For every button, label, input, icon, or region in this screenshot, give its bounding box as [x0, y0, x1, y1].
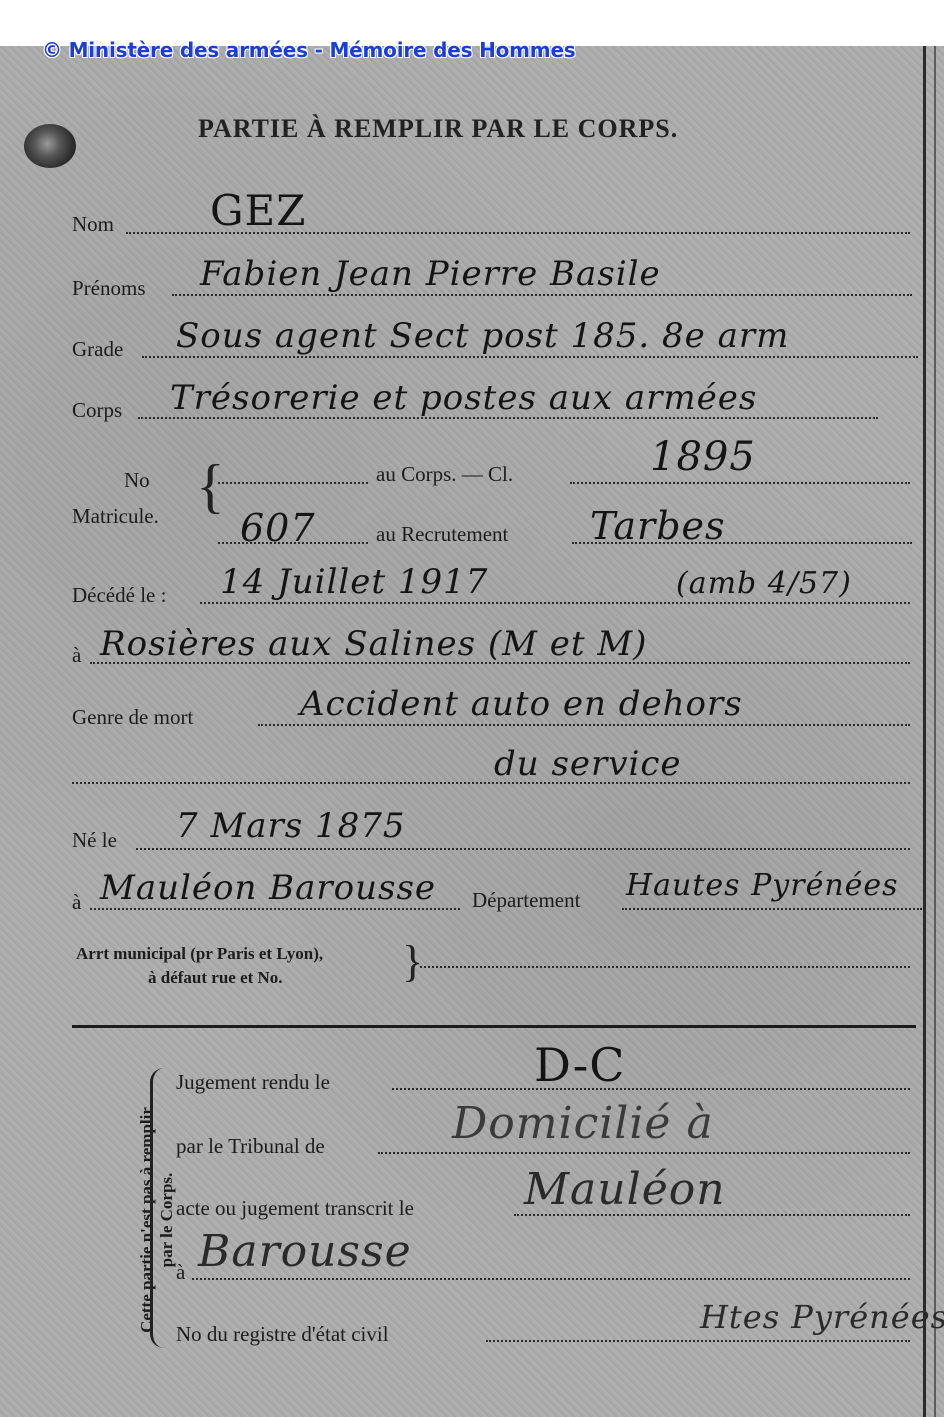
ne-le-value: 7 Mars 1875: [176, 806, 406, 846]
matricule-corps-dots: [218, 482, 368, 484]
prenoms-dots: [172, 294, 912, 296]
genre-de-mort-dots-line2: [72, 782, 910, 784]
decede-le-value: 14 Juillet 1917: [220, 562, 488, 602]
card-edge: [934, 46, 936, 1417]
grade-value: Sous agent Sect post 185. 8e arm: [176, 316, 789, 356]
lower-a-label: à: [176, 1260, 185, 1285]
corps-value: Trésorerie et postes aux armées: [170, 378, 757, 418]
decede-le-label: Décédé le :: [72, 583, 166, 608]
decede-a-label: à: [72, 643, 81, 668]
au-corps-label: au Corps. — Cl.: [376, 462, 513, 487]
tribunal-dots: [378, 1152, 910, 1154]
corps-label: Corps: [72, 398, 122, 423]
arrondissement-label-line1: Arrt municipal (pr Paris et Lyon),: [76, 944, 323, 964]
ne-le-dots: [136, 848, 910, 850]
form-heading: PARTIE À REMPLIR PAR LE CORPS.: [198, 114, 678, 144]
lower-a-dots: [192, 1278, 910, 1280]
registre-value: Htes Pyrénées: [700, 1298, 944, 1336]
transcrit-value: Mauléon: [524, 1164, 726, 1215]
transcrit-label: acte ou jugement transcrit le: [176, 1196, 414, 1221]
arrondissement-label-line2: à défaut rue et No.: [148, 968, 283, 988]
punch-hole-mark: [24, 124, 76, 168]
lower-a-value: Barousse: [198, 1226, 412, 1277]
matricule-brace: {: [196, 456, 225, 516]
nom-value: GEZ: [210, 186, 306, 235]
ne-a-label: à: [72, 890, 81, 915]
decede-a-value: Rosières aux Salines (M et M): [100, 624, 647, 664]
card-edge: [923, 46, 926, 1417]
genre-de-mort-label: Genre de mort: [72, 705, 193, 730]
ne-a-dots: [90, 908, 460, 910]
jugement-value: D-C: [534, 1038, 625, 1092]
grade-dots: [142, 356, 918, 358]
matricule-no-label: No: [124, 468, 150, 493]
matricule-label: Matricule.: [72, 504, 159, 529]
classe-value: 1895: [650, 434, 756, 480]
tribunal-value: Domicilié à: [452, 1098, 714, 1149]
registre-dots: [486, 1340, 910, 1342]
arrondissement-dots: [420, 966, 910, 968]
departement-dots: [622, 908, 922, 910]
ne-a-value: Mauléon Barousse: [100, 868, 436, 908]
nom-label: Nom: [72, 212, 114, 237]
classe-dots: [570, 482, 910, 484]
decede-le-dots: [200, 602, 910, 604]
recrutement-number: 607: [240, 506, 316, 550]
decede-le-note: (amb 4/57): [676, 566, 852, 601]
arrondissement-brace: }: [402, 940, 423, 984]
departement-value: Hautes Pyrénées: [626, 868, 899, 903]
prenoms-label: Prénoms: [72, 276, 146, 301]
tribunal-label: par le Tribunal de: [176, 1134, 325, 1159]
departement-label: Département: [472, 888, 580, 913]
prenoms-value: Fabien Jean Pierre Basile: [200, 254, 661, 294]
section-divider: [72, 1025, 916, 1028]
registre-label: No du registre d'état civil: [176, 1322, 389, 1347]
genre-de-mort-value-line1: Accident auto en dehors: [300, 684, 743, 724]
au-recrutement-label: au Recrutement: [376, 522, 508, 547]
jugement-dots: [392, 1088, 910, 1090]
genre-de-mort-dots: [258, 724, 910, 726]
jugement-label: Jugement rendu le: [176, 1070, 330, 1095]
genre-de-mort-value-line2: du service: [494, 744, 682, 784]
recrutement-place: Tarbes: [590, 504, 726, 548]
grade-label: Grade: [72, 337, 123, 362]
ne-le-label: Né le: [72, 828, 117, 853]
copyright-watermark: © Ministère des armées - Mémoire des Hom…: [42, 38, 576, 62]
lower-section-brace: [150, 1068, 167, 1348]
